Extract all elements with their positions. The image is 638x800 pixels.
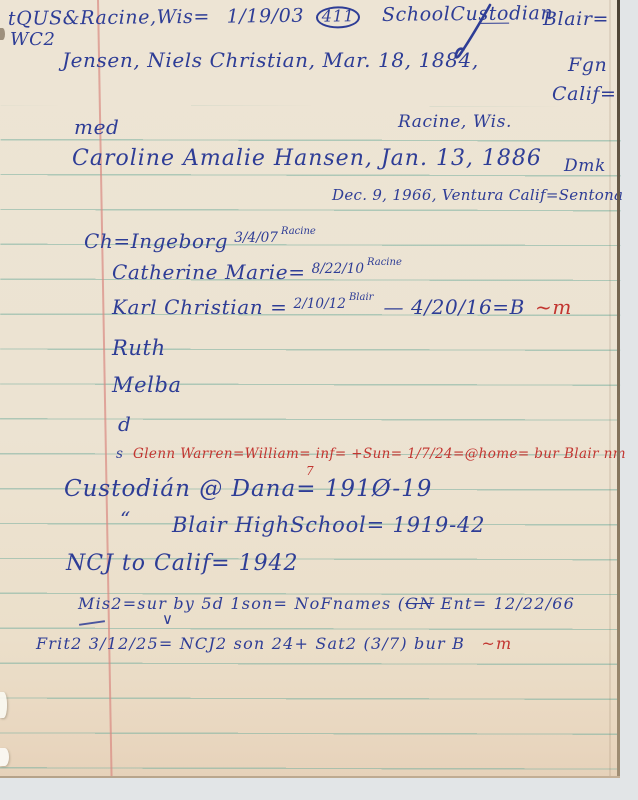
registry-text: tQUS&Racine,Wis= — [8, 6, 210, 30]
child-name: Karl Christian = — [112, 295, 288, 319]
registry-date: 1/19/03 — [227, 5, 305, 28]
ditto-mark: “ — [120, 509, 131, 530]
subject-residence: Calif= — [552, 85, 617, 105]
marriage-label: med — [74, 117, 119, 138]
son-label: s — [116, 446, 123, 462]
code-wc2: WC2 — [10, 31, 56, 50]
child-row-ruth: Ruth — [112, 337, 166, 359]
child-name: Ingeborg — [131, 229, 228, 253]
child-row-karl: Karl Christian =2/10/12Blair— 4/20/16=B~… — [112, 297, 572, 318]
ruled-paper: tQUS&Racine,Wis= 1/19/03 411 SchoolCusto… — [0, 0, 620, 778]
red-correction-seven: 7 — [306, 464, 314, 478]
child-place: Blair — [349, 292, 374, 303]
child-date: 3/4/07 — [234, 230, 278, 246]
paper-crease — [609, 0, 611, 778]
employment-dana-line: Custodián @ Dana= 191Ø-19 — [64, 477, 432, 501]
notes1-post: Ent= 12/22/66 — [434, 594, 575, 613]
notes1-struck: GN — [405, 594, 434, 613]
child-place: Racine — [367, 257, 402, 268]
notes1-pre: Mis2=sur by 5d 1son= NoFnames ( — [78, 594, 405, 613]
scanned-notebook-page: tQUS&Racine,Wis= 1/19/03 411 SchoolCusto… — [0, 0, 638, 800]
spouse-origin: Dmk — [564, 158, 606, 176]
death-label: d — [118, 414, 131, 435]
marriage-place: Racine, Wis. — [398, 114, 512, 132]
employment-blair-line: Blair HighSchool= 1919-42 — [172, 514, 485, 536]
son-note-line: s Glenn Warren=William= inf= +Sun= 1/7/2… — [116, 447, 626, 461]
file-number-circled: 411 — [316, 6, 361, 29]
child-row-catherine: Catherine Marie=8/22/10Racine — [112, 262, 402, 283]
children-label: Ch= — [84, 229, 131, 253]
down-arrow-mark: ∨ — [162, 610, 173, 628]
paper-edge-shadow — [617, 0, 620, 778]
nm-mark: ~m — [481, 634, 512, 653]
rule-lines — [0, 105, 621, 778]
paper-tear — [0, 748, 9, 766]
notes-line-2: Frit2 3/12/25= NCJ2 son 24+ Sat2 (3/7) b… — [36, 636, 512, 653]
notes-line-1: Mis2=sur by 5d 1son= NoFnames (GN Ent= 1… — [78, 596, 575, 613]
paper-nick — [0, 28, 5, 40]
location-tag: Blair= — [543, 10, 609, 30]
child-name: Catherine Marie= — [112, 260, 306, 284]
glenn-note: Glenn Warren=William= inf= +Sun= 1/7/24=… — [133, 446, 626, 462]
child-row-ingeborg: Ch=Ingeborg3/4/07Racine — [84, 231, 316, 252]
child-date: 8/22/10 — [312, 261, 364, 277]
notes2-text: Frit2 3/12/25= NCJ2 son 24+ Sat2 (3/7) b… — [36, 634, 465, 653]
subject-origin: Fgn — [568, 56, 607, 76]
subject-name-line: Jensen, Niels Christian, Mar. 18, 1884, — [62, 50, 479, 71]
child-row-melba: Melba — [112, 374, 182, 396]
child-death: — 4/20/16=B — [383, 295, 525, 319]
paper-bottom-edge — [0, 776, 620, 778]
paper-tear — [0, 692, 7, 718]
spouse-name-line: Caroline Amalie Hansen, Jan. 13, 1886 — [72, 147, 542, 170]
spouse-death-line: Dec. 9, 1966, Ventura Calif=Sentona — [332, 188, 623, 204]
nm-mark: ~m — [535, 295, 572, 319]
child-place: Racine — [281, 226, 316, 237]
migration-line: NCJ to Calif= 1942 — [66, 552, 299, 575]
child-date: 2/10/12 — [294, 296, 346, 312]
